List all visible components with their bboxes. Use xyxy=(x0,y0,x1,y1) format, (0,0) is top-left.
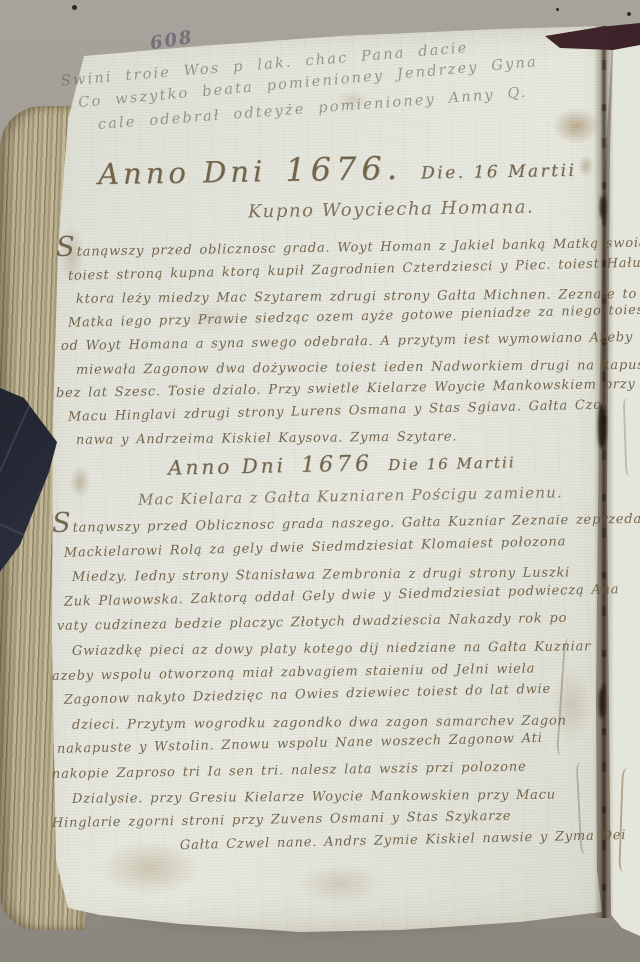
entry1-heading-anno: Anno Dni xyxy=(98,154,267,191)
table-speck xyxy=(627,12,631,16)
entry1-body: Stanąwszy przed oblicznosc grada. Woyt H… xyxy=(56,238,640,453)
manuscript-text-line: nawa y Andrzeima Kiskiel Kaysova. Zyma S… xyxy=(56,424,640,453)
manuscript-photo: 608 Swini troie Wos p lak. chac Pana dac… xyxy=(0,0,640,962)
entry2-body: Stanąwszy przed Oblicznosc grada naszego… xyxy=(52,514,640,861)
entry2-heading-year: 1676 xyxy=(301,451,374,478)
gutter-ink-blob xyxy=(600,196,606,218)
entry2-heading-date: Die 16 Martii xyxy=(388,453,516,474)
entry1-heading-year: 1676. xyxy=(285,149,402,189)
table-speck xyxy=(72,5,77,10)
entry2-heading-anno: Anno Dni xyxy=(168,453,286,479)
entry1-heading-date: Die. 16 Martii xyxy=(421,161,577,184)
table-speck xyxy=(556,8,559,11)
